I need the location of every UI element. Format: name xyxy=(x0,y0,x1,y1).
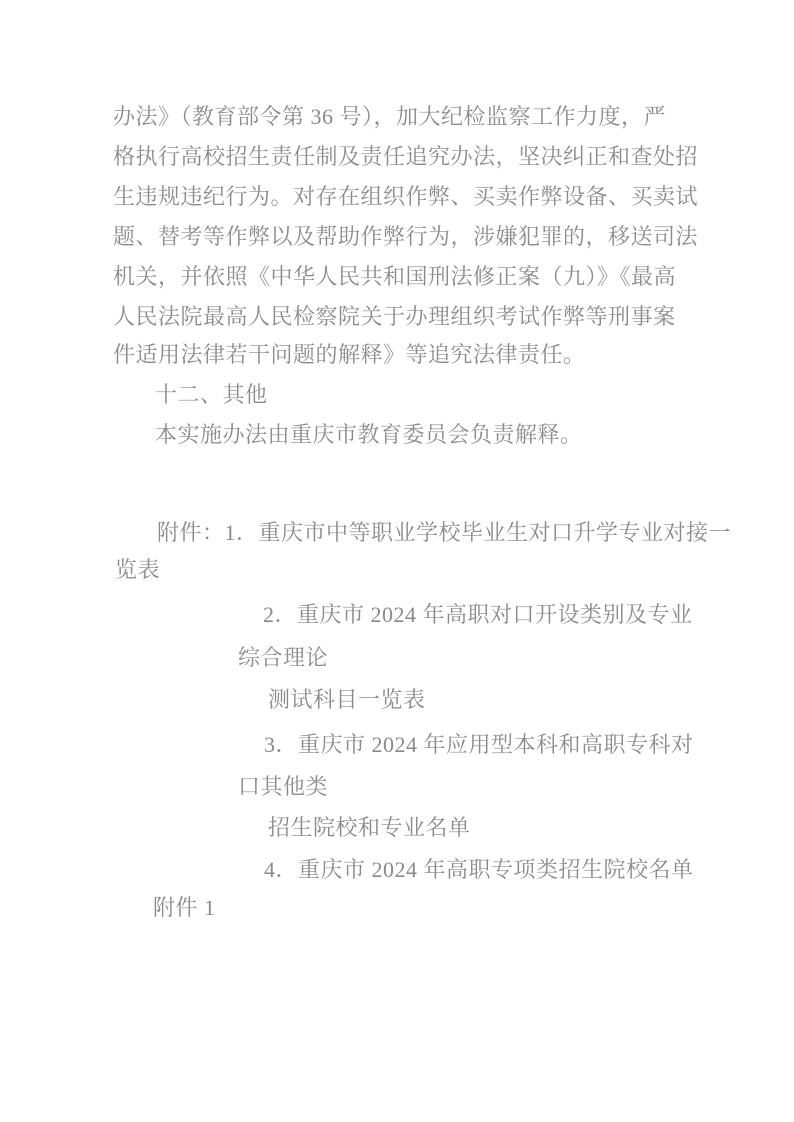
interpretation-text: 本实施办法由重庆市教育委员会负责解释。 xyxy=(155,422,583,448)
section-heading: 十二、其他 xyxy=(155,382,268,408)
body-text-line: 办法》（教育部令第 36 号），加大纪检监察工作力度，严 xyxy=(113,104,666,130)
attachment-list-line: 附件：1．重庆市中等职业学校毕业生对口升学专业对接一 xyxy=(157,520,731,546)
attachment-1-label: 附件 1 xyxy=(153,895,216,921)
attachment-list-line: 4．重庆市 2024 年高职专项类招生院校名单 xyxy=(264,857,694,883)
body-text-line: 件适用法律若干问题的解释》等追究法律责任。 xyxy=(113,342,586,368)
attachment-list-line: 口其他类 xyxy=(238,774,328,800)
attachment-list-line: 览表 xyxy=(115,557,160,583)
body-text-line: 格执行高校招生责任制及责任追究办法，坚决纠正和查处招 xyxy=(113,144,698,170)
attachment-list-line: 3．重庆市 2024 年应用型本科和高职专科对 xyxy=(264,732,694,758)
body-text-line: 生违规违纪行为。对存在组织作弊、买卖作弊设备、买卖试 xyxy=(113,184,698,210)
attachment-list-line: 2．重庆市 2024 年高职对口开设类别及专业 xyxy=(263,602,693,628)
body-text-line: 机关，并依照《中华人民共和国刑法修正案（九）》《最高 xyxy=(113,264,676,290)
attachment-list-line: 招生院校和专业名单 xyxy=(268,815,471,841)
attachment-list-line: 测试科目一览表 xyxy=(268,687,426,713)
document-page: 办法》（教育部令第 36 号），加大纪检监察工作力度，严 格执行高校招生责任制及… xyxy=(0,0,794,1122)
body-text-line: 题、替考等作弊以及帮助作弊行为，涉嫌犯罪的，移送司法 xyxy=(113,224,698,250)
body-text-line: 人民法院最高人民检察院关于办理组织考试作弊等刑事案 xyxy=(113,304,676,330)
attachment-list-line: 综合理论 xyxy=(238,645,328,671)
